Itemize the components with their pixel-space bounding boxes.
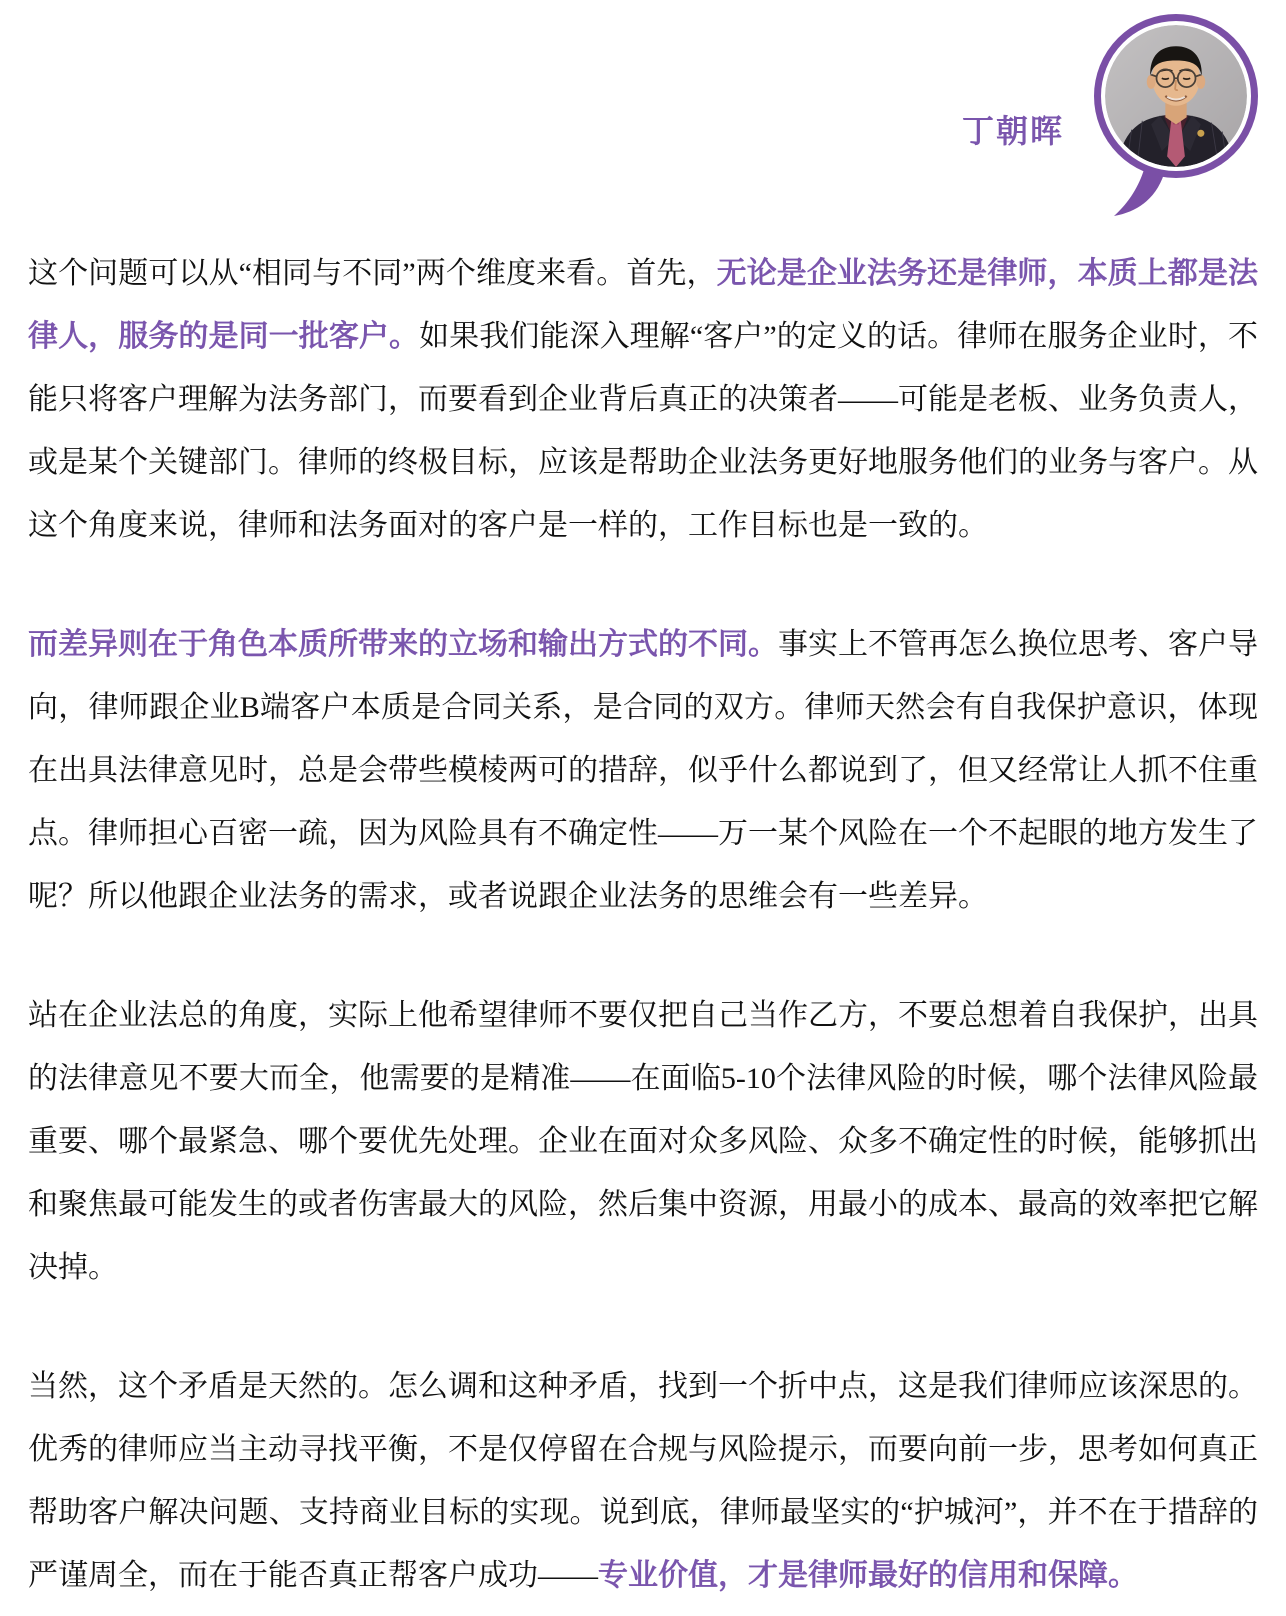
paragraph: 这个问题可以从“相同与不同”两个维度来看。首先，无论是企业法务还是律师，本质上都… (28, 242, 1258, 557)
body-text: 事实上不管再怎么换位思考、客户导向，律师跟企业B端客户本质是合同关系，是合同的双… (28, 628, 1258, 913)
speaker-name: 丁朝晖 (962, 106, 1064, 152)
highlighted-text: 专业价值，才是律师最好的信用和保障。 (598, 1559, 1138, 1592)
article-body: 这个问题可以从“相同与不同”两个维度来看。首先，无论是企业法务还是律师，本质上都… (0, 232, 1286, 1607)
speaker-avatar-bubble (1094, 14, 1258, 178)
paragraph: 站在企业法总的角度，实际上他希望律师不要仅把自己当作乙方，不要总想着自我保护，出… (28, 984, 1258, 1299)
avatar-photo (1105, 25, 1247, 167)
body-text: 这个问题可以从“相同与不同”两个维度来看。首先， (28, 257, 717, 290)
body-text: 站在企业法总的角度，实际上他希望律师不要仅把自己当作乙方，不要总想着自我保护，出… (28, 999, 1258, 1284)
header: 丁朝晖 (0, 0, 1286, 232)
paragraph: 当然，这个矛盾是天然的。怎么调和这种矛盾，找到一个折中点，这是我们律师应该深思的… (28, 1355, 1258, 1607)
body-text: 如果我们能深入理解“客户”的定义的话。律师在服务企业时，不能只将客户理解为法务部… (28, 320, 1258, 542)
page: 丁朝晖 (0, 0, 1286, 1616)
avatar-ring (1094, 14, 1258, 178)
highlighted-text: 而差异则在于角色本质所带来的立场和输出方式的不同。 (28, 628, 778, 661)
paragraph: 而差异则在于角色本质所带来的立场和输出方式的不同。事实上不管再怎么换位思考、客户… (28, 613, 1258, 928)
